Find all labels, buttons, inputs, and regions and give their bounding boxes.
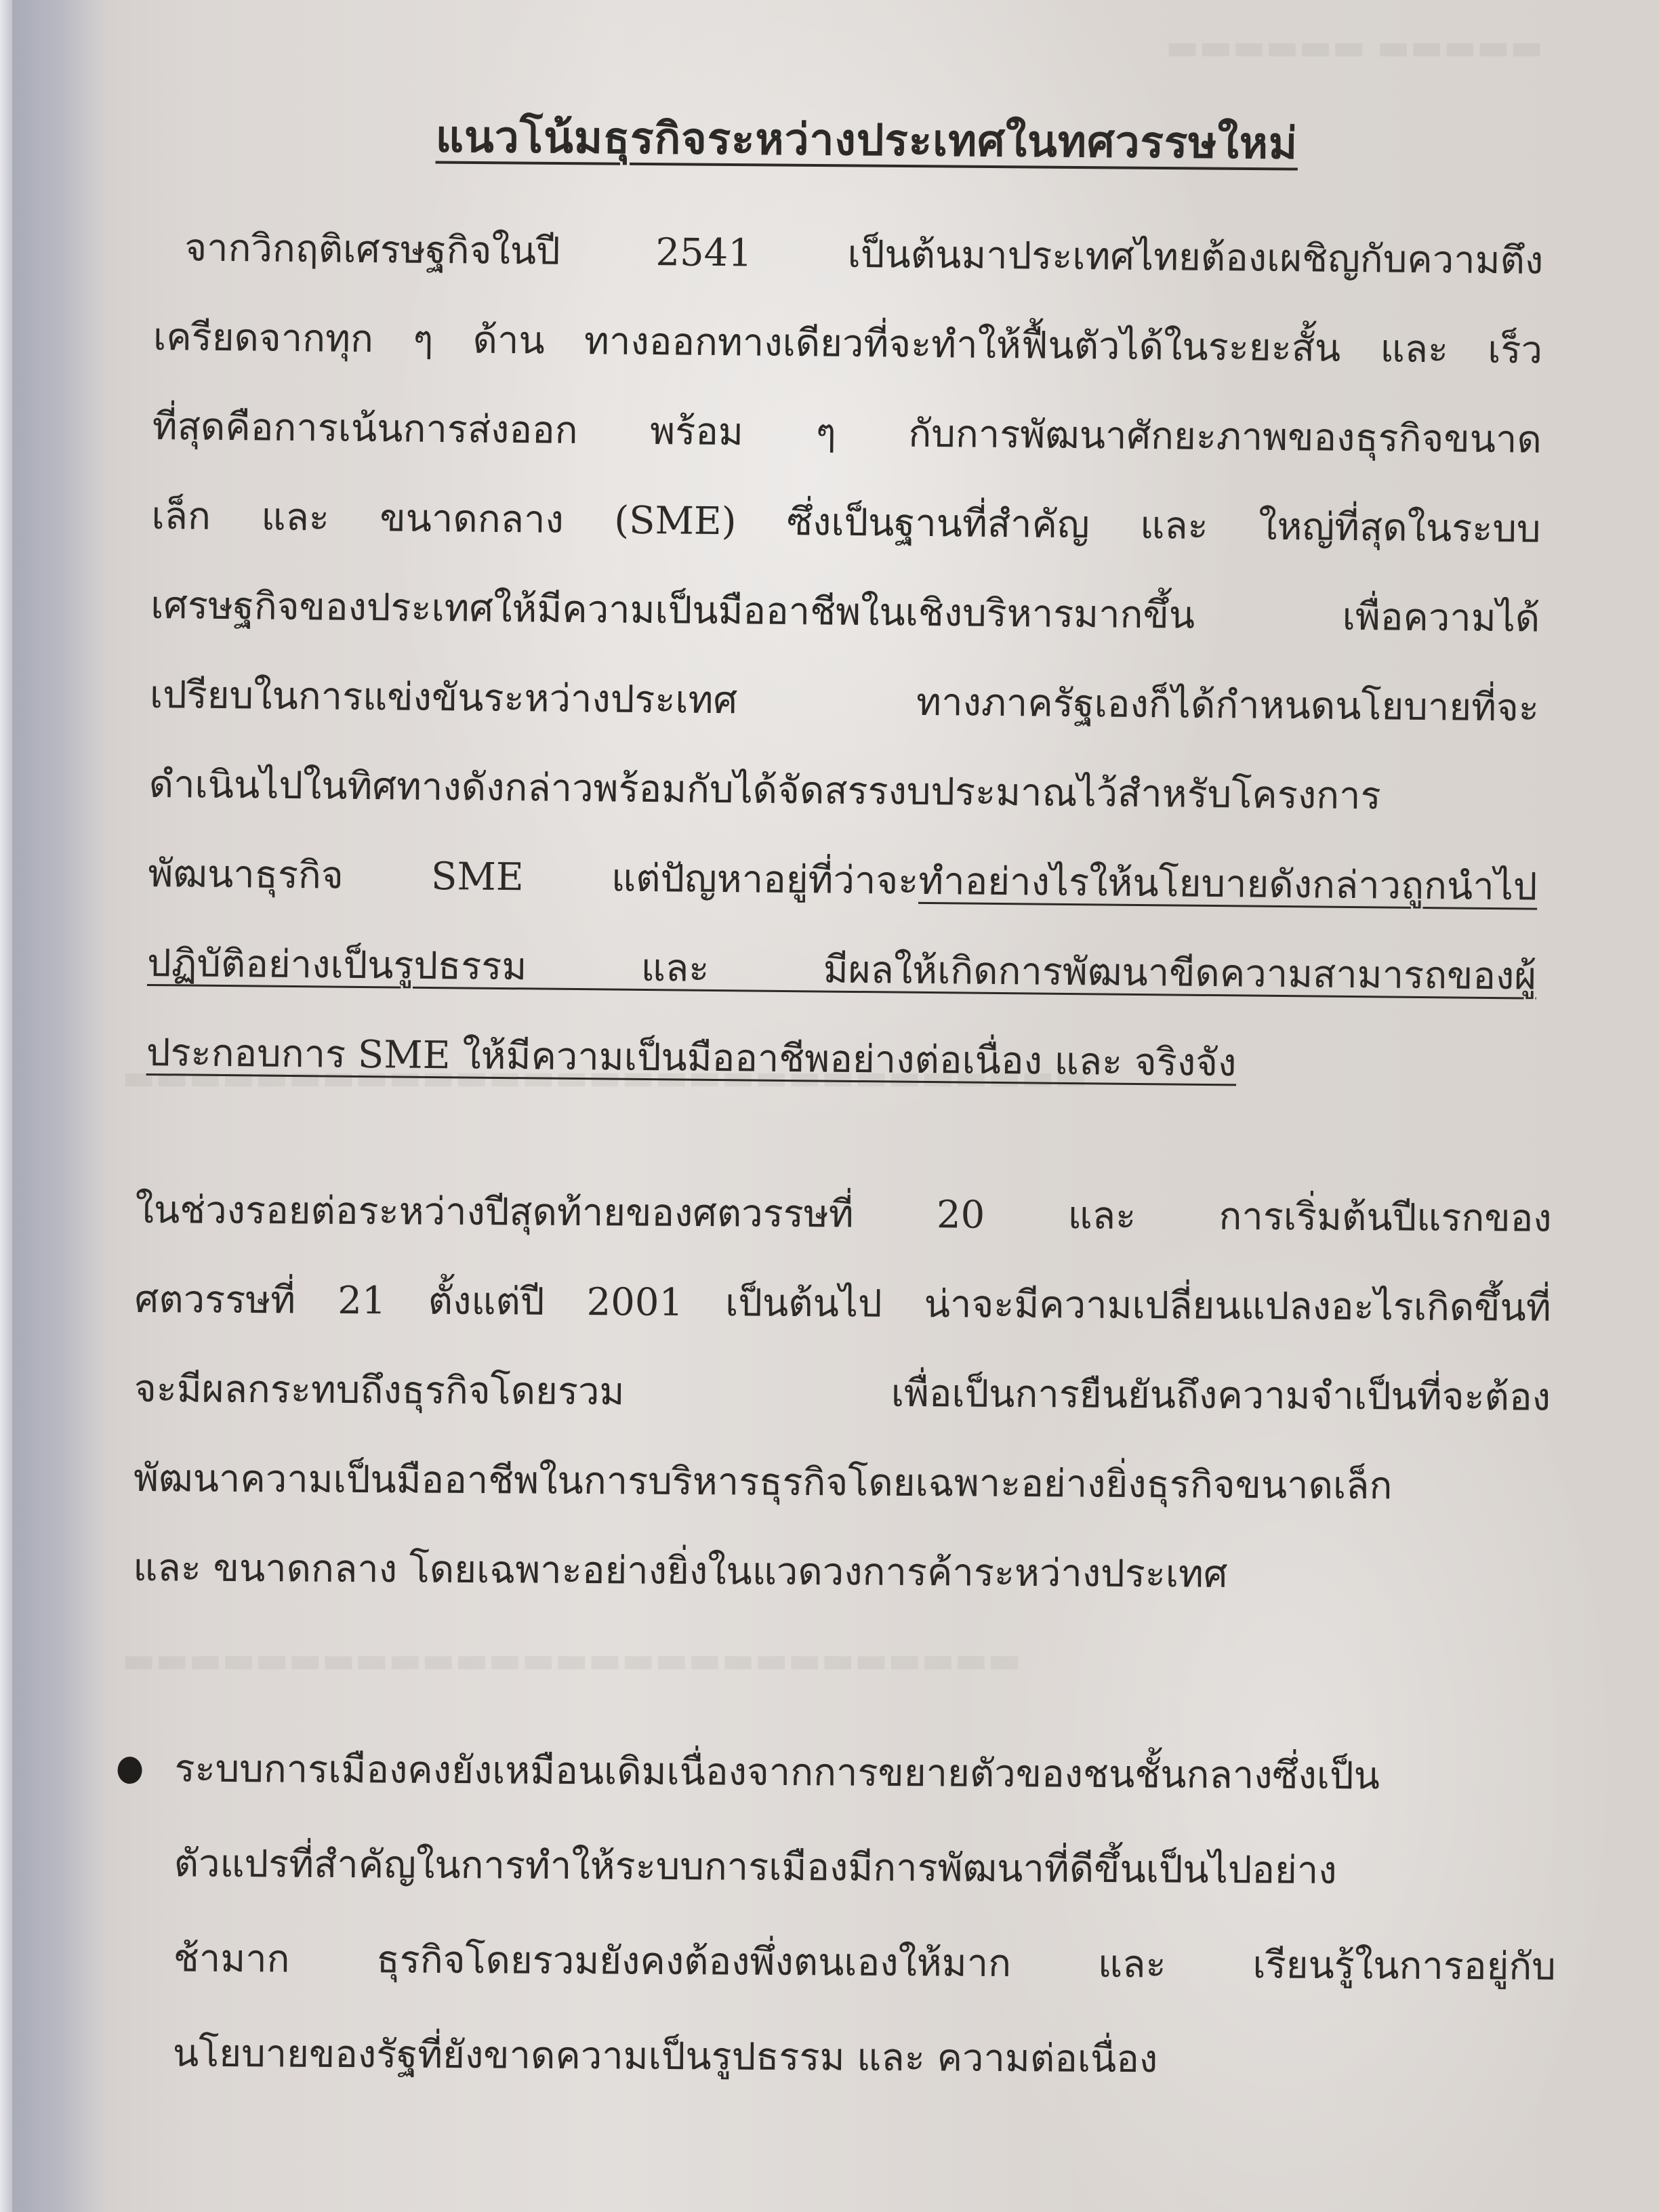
bullet-line: ช้ามาก ธุรกิจโดยรวมยังคงต้องพึ่งตนเองให้… xyxy=(173,1912,1556,2015)
paragraph-line: พัฒนาความเป็นมืออาชีพในการบริหารธุรกิจโด… xyxy=(134,1434,1551,1532)
paragraph-line: และ ขนาดกลาง โดยเฉพาะอย่างยิ่งในแวดวงการ… xyxy=(133,1523,1550,1622)
paragraph-line: เปรียบในการแข่งขันระหว่างประเทศ ทางภาครั… xyxy=(149,651,1539,754)
underlined-emphasis-line: ปฏิบัติอย่างเป็นรูปธรรม และ มีผลให้เกิดก… xyxy=(147,919,1537,1022)
binding-edge xyxy=(0,0,12,2212)
paragraph-2: ในช่วงรอยต่อระหว่างปีสุดท้ายของศตวรรษที่… xyxy=(133,1166,1552,1622)
underlined-emphasis: ทำอย่างไรให้นโยบายดังกล่าวถูกนำไป xyxy=(918,859,1538,909)
binding-shadow xyxy=(0,0,108,2212)
paragraph-line: ในช่วงรอยต่อระหว่างปีสุดท้ายของศตวรรษที่… xyxy=(135,1166,1552,1264)
paragraph-line: เล็ก และ ขนาดกลาง (SME) ซึ่งเป็นฐานที่สำ… xyxy=(151,472,1541,575)
paragraph-line: เศรษฐกิจของประเทศให้มีความเป็นมืออาชีพใน… xyxy=(150,561,1540,664)
paragraph-1: จากวิกฤติเศรษฐกิจในปี 2541 เป็นต้นมาประเ… xyxy=(146,203,1544,1111)
underlined-emphasis-line: ประกอบการ SME ให้มีความเป็นมืออาชีพอย่าง… xyxy=(146,1008,1536,1111)
paragraph-line: ที่สุดคือการเน้นการส่งออก พร้อม ๆ กับการ… xyxy=(152,382,1542,485)
paragraph-line: จะมีผลกระทบถึงธุรกิจโดยรวม เพื่อเป็นการย… xyxy=(134,1345,1551,1443)
paragraph-line: ศตวรรษที่ 21 ตั้งแต่ปี 2001 เป็นต้นไป น่… xyxy=(134,1255,1551,1353)
bullet-line: ตัวแปรที่สำคัญในการทำให้ระบบการเมืองมีกา… xyxy=(173,1817,1557,1920)
bullet-line: นโยบายของรัฐที่ยังขาดความเป็นรูปธรรม และ… xyxy=(173,2007,1556,2110)
plain-text: พัฒนาธุรกิจ SME แต่ปัญหาอยู่ที่ว่าจะ xyxy=(148,852,918,903)
paragraph-line: จากวิกฤติเศรษฐกิจในปี 2541 เป็นต้นมาประเ… xyxy=(154,203,1544,306)
bullet-dot-icon xyxy=(117,1757,142,1784)
paragraph-line: เครียดจากทุก ๆ ด้าน ทางออกทางเดียวที่จะท… xyxy=(152,293,1542,396)
paragraph-line: ดำเนินไปในทิศทางดังกล่าวพร้อมกับได้จัดสร… xyxy=(148,740,1538,843)
bullet-line: ระบบการเมืองคงยังเหมือนเดิมเนื่องจากการข… xyxy=(174,1722,1557,1825)
bullet-text: ระบบการเมืองคงยังเหมือนเดิมเนื่องจากการข… xyxy=(173,1722,1557,2110)
document-title: แนวโน้มธุรกิจระหว่างประเทศในทศวรรษใหม่ xyxy=(389,102,1345,178)
paragraph-line-mixed: พัฒนาธุรกิจ SME แต่ปัญหาอยู่ที่ว่าจะทำอย… xyxy=(148,829,1538,933)
